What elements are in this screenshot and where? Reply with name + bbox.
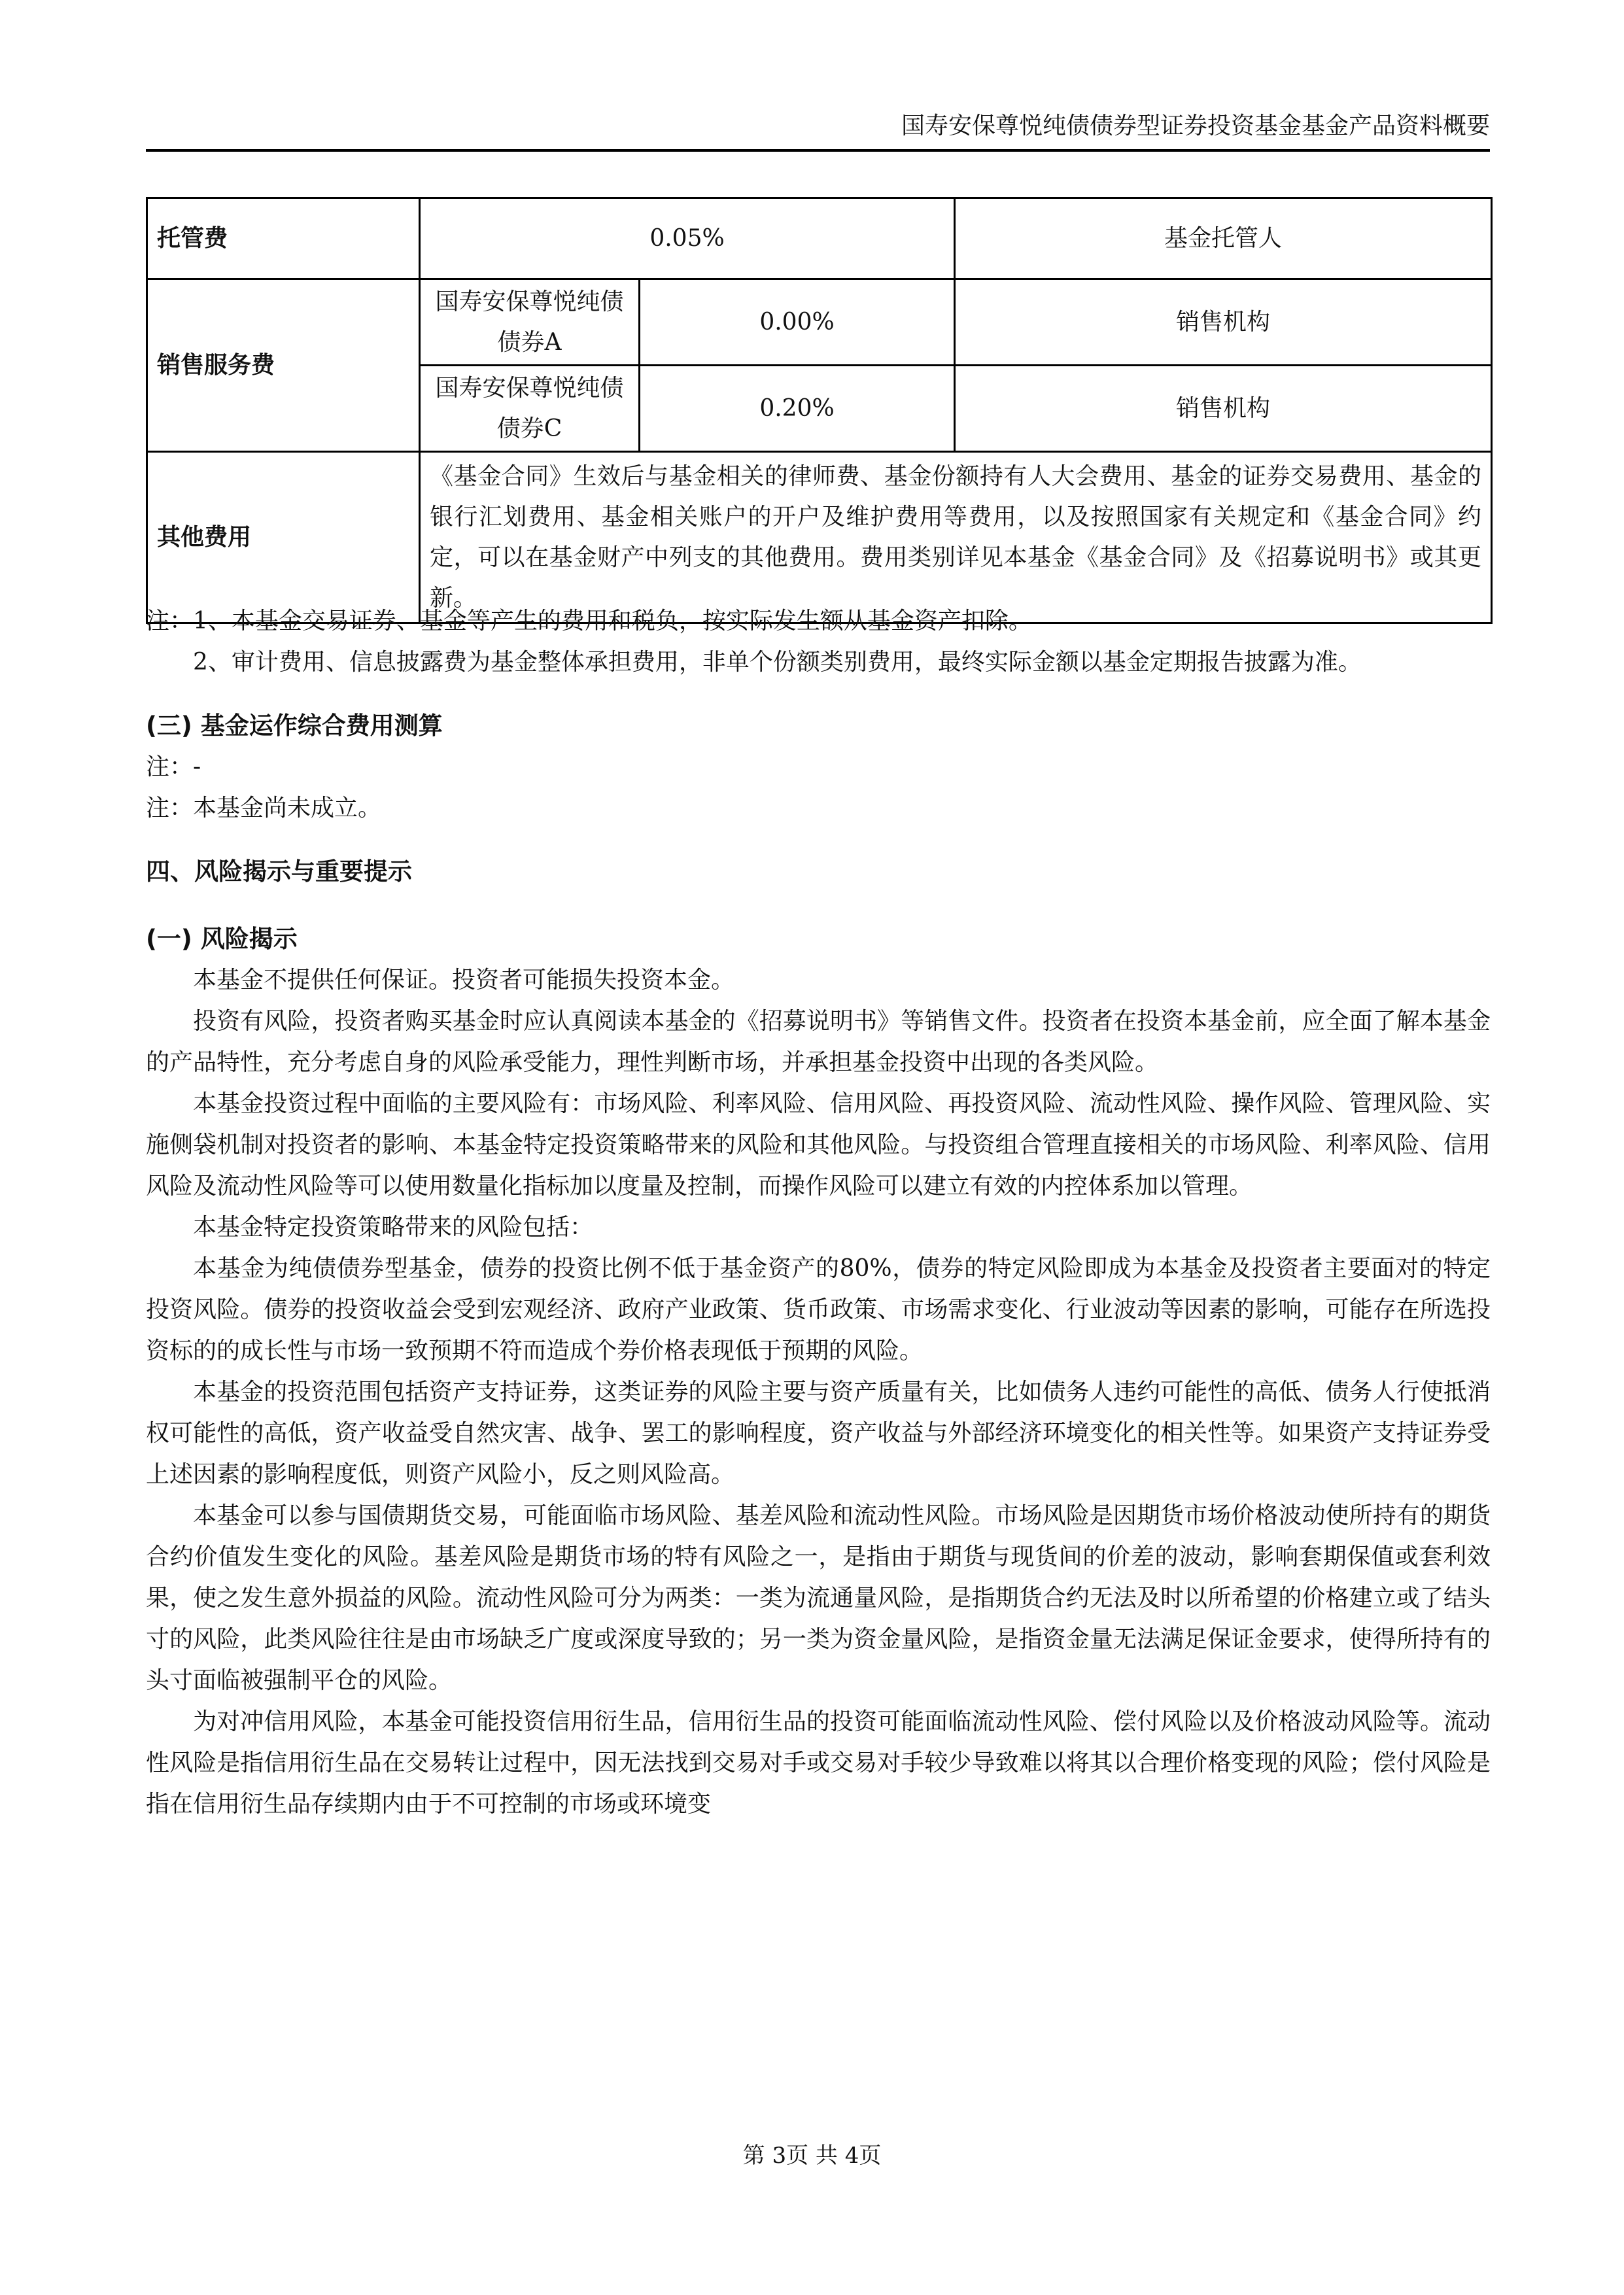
risk-paragraph: 本基金不提供任何保证。投资者可能损失投资本金。 [146, 959, 1491, 1001]
fee-note-1: 注：1、本基金交易证券、基金等产生的费用和税负，按实际发生额从基金资产扣除。 [146, 600, 1491, 642]
custody-fee-payee: 基金托管人 [955, 198, 1492, 279]
share-class-a-name: 国寿安保尊悦纯债债券A [420, 279, 640, 366]
fee-table: 托管费 0.05% 基金托管人 销售服务费 国寿安保尊悦纯债债券A 0.00% … [146, 197, 1493, 624]
document-header-title: 国寿安保尊悦纯债债券型证券投资基金基金产品资料概要 [146, 110, 1490, 143]
risk-paragraph: 为对冲信用风险，本基金可能投资信用衍生品，信用衍生品的投资可能面临流动性风险、偿… [146, 1701, 1491, 1825]
risk-paragraph: 本基金为纯债债券型基金，债券的投资比例不低于基金资产的80%，债券的特定风险即成… [146, 1248, 1491, 1372]
cost-estimate-note-b: 注：本基金尚未成立。 [146, 787, 1491, 829]
share-class-a-rate: 0.00% [640, 279, 955, 366]
table-row-sales-fee-a: 销售服务费 国寿安保尊悦纯债债券A 0.00% 销售机构 [147, 279, 1492, 366]
share-class-a-payee: 销售机构 [955, 279, 1492, 366]
page-number: 第 3页 共 4页 [0, 2140, 1624, 2171]
table-row-other-fees: 其他费用 《基金合同》生效后与基金相关的律师费、基金份额持有人大会费用、基金的证… [147, 452, 1492, 623]
risk-paragraph: 本基金特定投资策略带来的风险包括： [146, 1207, 1491, 1248]
risk-paragraph: 本基金可以参与国债期货交易，可能面临市场风险、基差风险和流动性风险。市场风险是因… [146, 1495, 1491, 1701]
share-class-c-name: 国寿安保尊悦纯债债券C [420, 366, 640, 452]
section-heading-risk-disclosure: 四、风险揭示与重要提示 [146, 851, 1491, 892]
document-body: 注：1、本基金交易证券、基金等产生的费用和税负，按实际发生额从基金资产扣除。 2… [146, 600, 1491, 1825]
fee-note-2: 2、审计费用、信息披露费为基金整体承担费用，非单个份额类别费用，最终实际金额以基… [146, 642, 1491, 683]
sales-service-fee-label: 销售服务费 [147, 279, 420, 452]
header-divider [146, 149, 1490, 152]
share-class-c-payee: 销售机构 [955, 366, 1492, 452]
other-fees-label: 其他费用 [147, 452, 420, 623]
custody-fee-label: 托管费 [147, 198, 420, 279]
risk-paragraph: 本基金投资过程中面临的主要风险有：市场风险、利率风险、信用风险、再投资风险、流动… [146, 1083, 1491, 1207]
custody-fee-rate: 0.05% [420, 198, 955, 279]
risk-paragraph: 投资有风险，投资者购买基金时应认真阅读本基金的《招募说明书》等销售文件。投资者在… [146, 1001, 1491, 1083]
section-heading-cost-estimate: (三) 基金运作综合费用测算 [146, 705, 1491, 746]
risk-paragraph: 本基金的投资范围包括资产支持证券，这类证券的风险主要与资产质量有关，比如债务人违… [146, 1372, 1491, 1495]
subsection-heading-risk: (一) 风险揭示 [146, 918, 1491, 959]
other-fees-description: 《基金合同》生效后与基金相关的律师费、基金份额持有人大会费用、基金的证券交易费用… [420, 452, 1492, 623]
table-row-custody-fee: 托管费 0.05% 基金托管人 [147, 198, 1492, 279]
share-class-c-rate: 0.20% [640, 366, 955, 452]
cost-estimate-note-a: 注：- [146, 746, 1491, 787]
